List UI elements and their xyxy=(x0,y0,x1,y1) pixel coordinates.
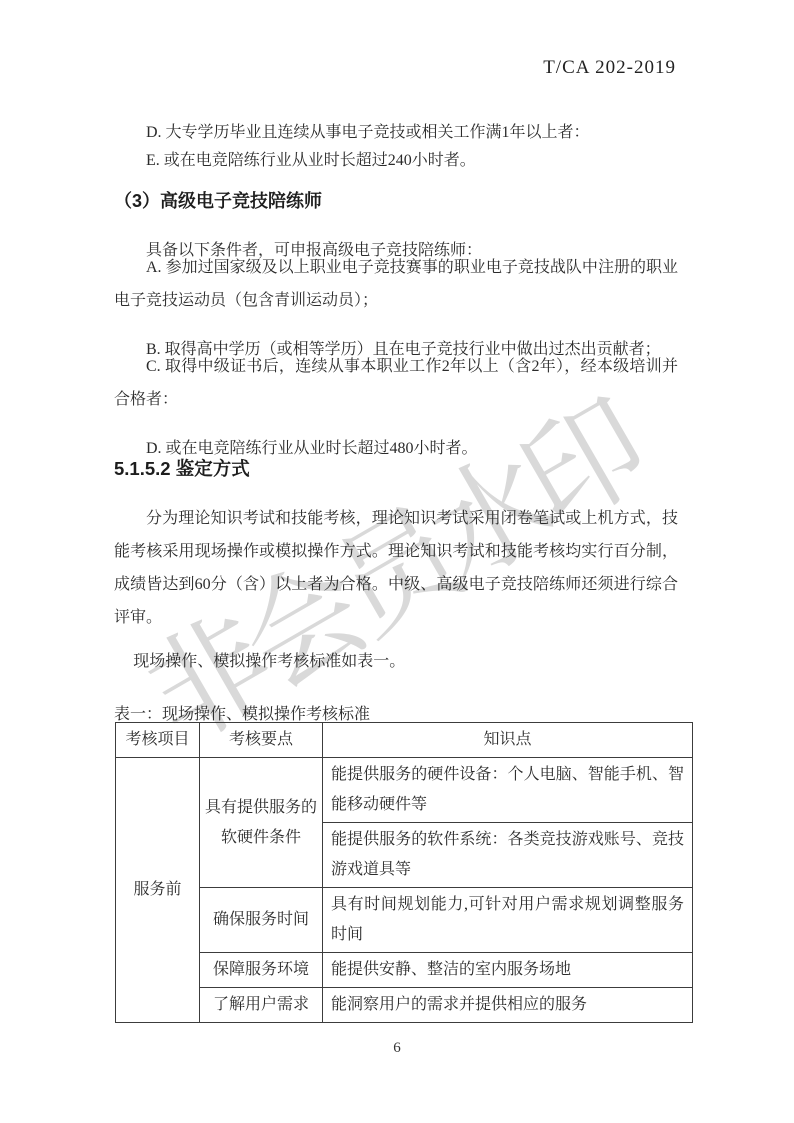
para-table-reference: 现场操作、模拟操作考核标准如表一。 xyxy=(114,645,678,678)
heading-assessment-method: 5.1.5.2 鉴定方式 xyxy=(114,452,678,485)
assessment-criteria-table: 考核项目 考核要点 知识点 服务前 具有提供服务的软硬件条件 能提供服务的硬件设… xyxy=(115,722,693,1023)
cell-knowledge-environment: 能提供安静、整洁的室内服务场地 xyxy=(323,953,693,988)
header-cell-item: 考核项目 xyxy=(116,723,200,758)
table-row: 确保服务时间 具有时间规划能力,可针对用户需求规划调整服务时间 xyxy=(116,888,693,953)
cell-knowledge-hardware: 能提供服务的硬件设备：个人电脑、智能手机、智能移动硬件等 xyxy=(323,758,693,823)
cell-knowledge-software: 能提供服务的软件系统：各类竞技游戏账号、竞技游戏道具等 xyxy=(323,823,693,888)
table-row: 了解用户需求 能洞察用户的需求并提供相应的服务 xyxy=(116,988,693,1023)
clause-e-240h: E. 或在电竞陪练行业从业时长超过240小时者。 xyxy=(114,144,678,177)
cell-stage-before-service: 服务前 xyxy=(116,758,200,1023)
cell-point-hardware-software: 具有提供服务的软硬件条件 xyxy=(200,758,323,888)
header-cell-point: 考核要点 xyxy=(200,723,323,758)
table-row: 保障服务环境 能提供安静、整洁的室内服务场地 xyxy=(116,953,693,988)
table-row: 服务前 具有提供服务的软硬件条件 能提供服务的硬件设备：个人电脑、智能手机、智能… xyxy=(116,758,693,823)
page-number: 6 xyxy=(0,1040,794,1057)
clause-a-senior: A. 参加过国家级及以上职业电子竞技赛事的职业电子竞技战队中注册的职业电子竞技运… xyxy=(114,251,678,317)
standard-number-header: T/CA 202-2019 xyxy=(543,57,676,79)
cell-point-service-time: 确保服务时间 xyxy=(200,888,323,953)
para-assessment-method: 分为理论知识考试和技能考核，理论知识考试采用闭卷笔试或上机方式，技能考核采用现场… xyxy=(114,502,678,634)
clause-c-senior: C. 取得中级证书后，连续从事本职业工作2年以上（含2年），经本级培训并合格者： xyxy=(114,350,678,416)
cell-knowledge-time-planning: 具有时间规划能力,可针对用户需求规划调整服务时间 xyxy=(323,888,693,953)
header-cell-knowledge: 知识点 xyxy=(323,723,693,758)
document-page: 非会员水印 T/CA 202-2019 D. 大专学历毕业且连续从事电子竞技或相… xyxy=(0,0,794,1123)
cell-point-user-needs: 了解用户需求 xyxy=(200,988,323,1023)
cell-point-service-environment: 保障服务环境 xyxy=(200,953,323,988)
heading-senior-coach: （3）高级电子竞技陪练师 xyxy=(114,185,678,218)
cell-knowledge-user-needs: 能洞察用户的需求并提供相应的服务 xyxy=(323,988,693,1023)
table-header-row: 考核项目 考核要点 知识点 xyxy=(116,723,693,758)
